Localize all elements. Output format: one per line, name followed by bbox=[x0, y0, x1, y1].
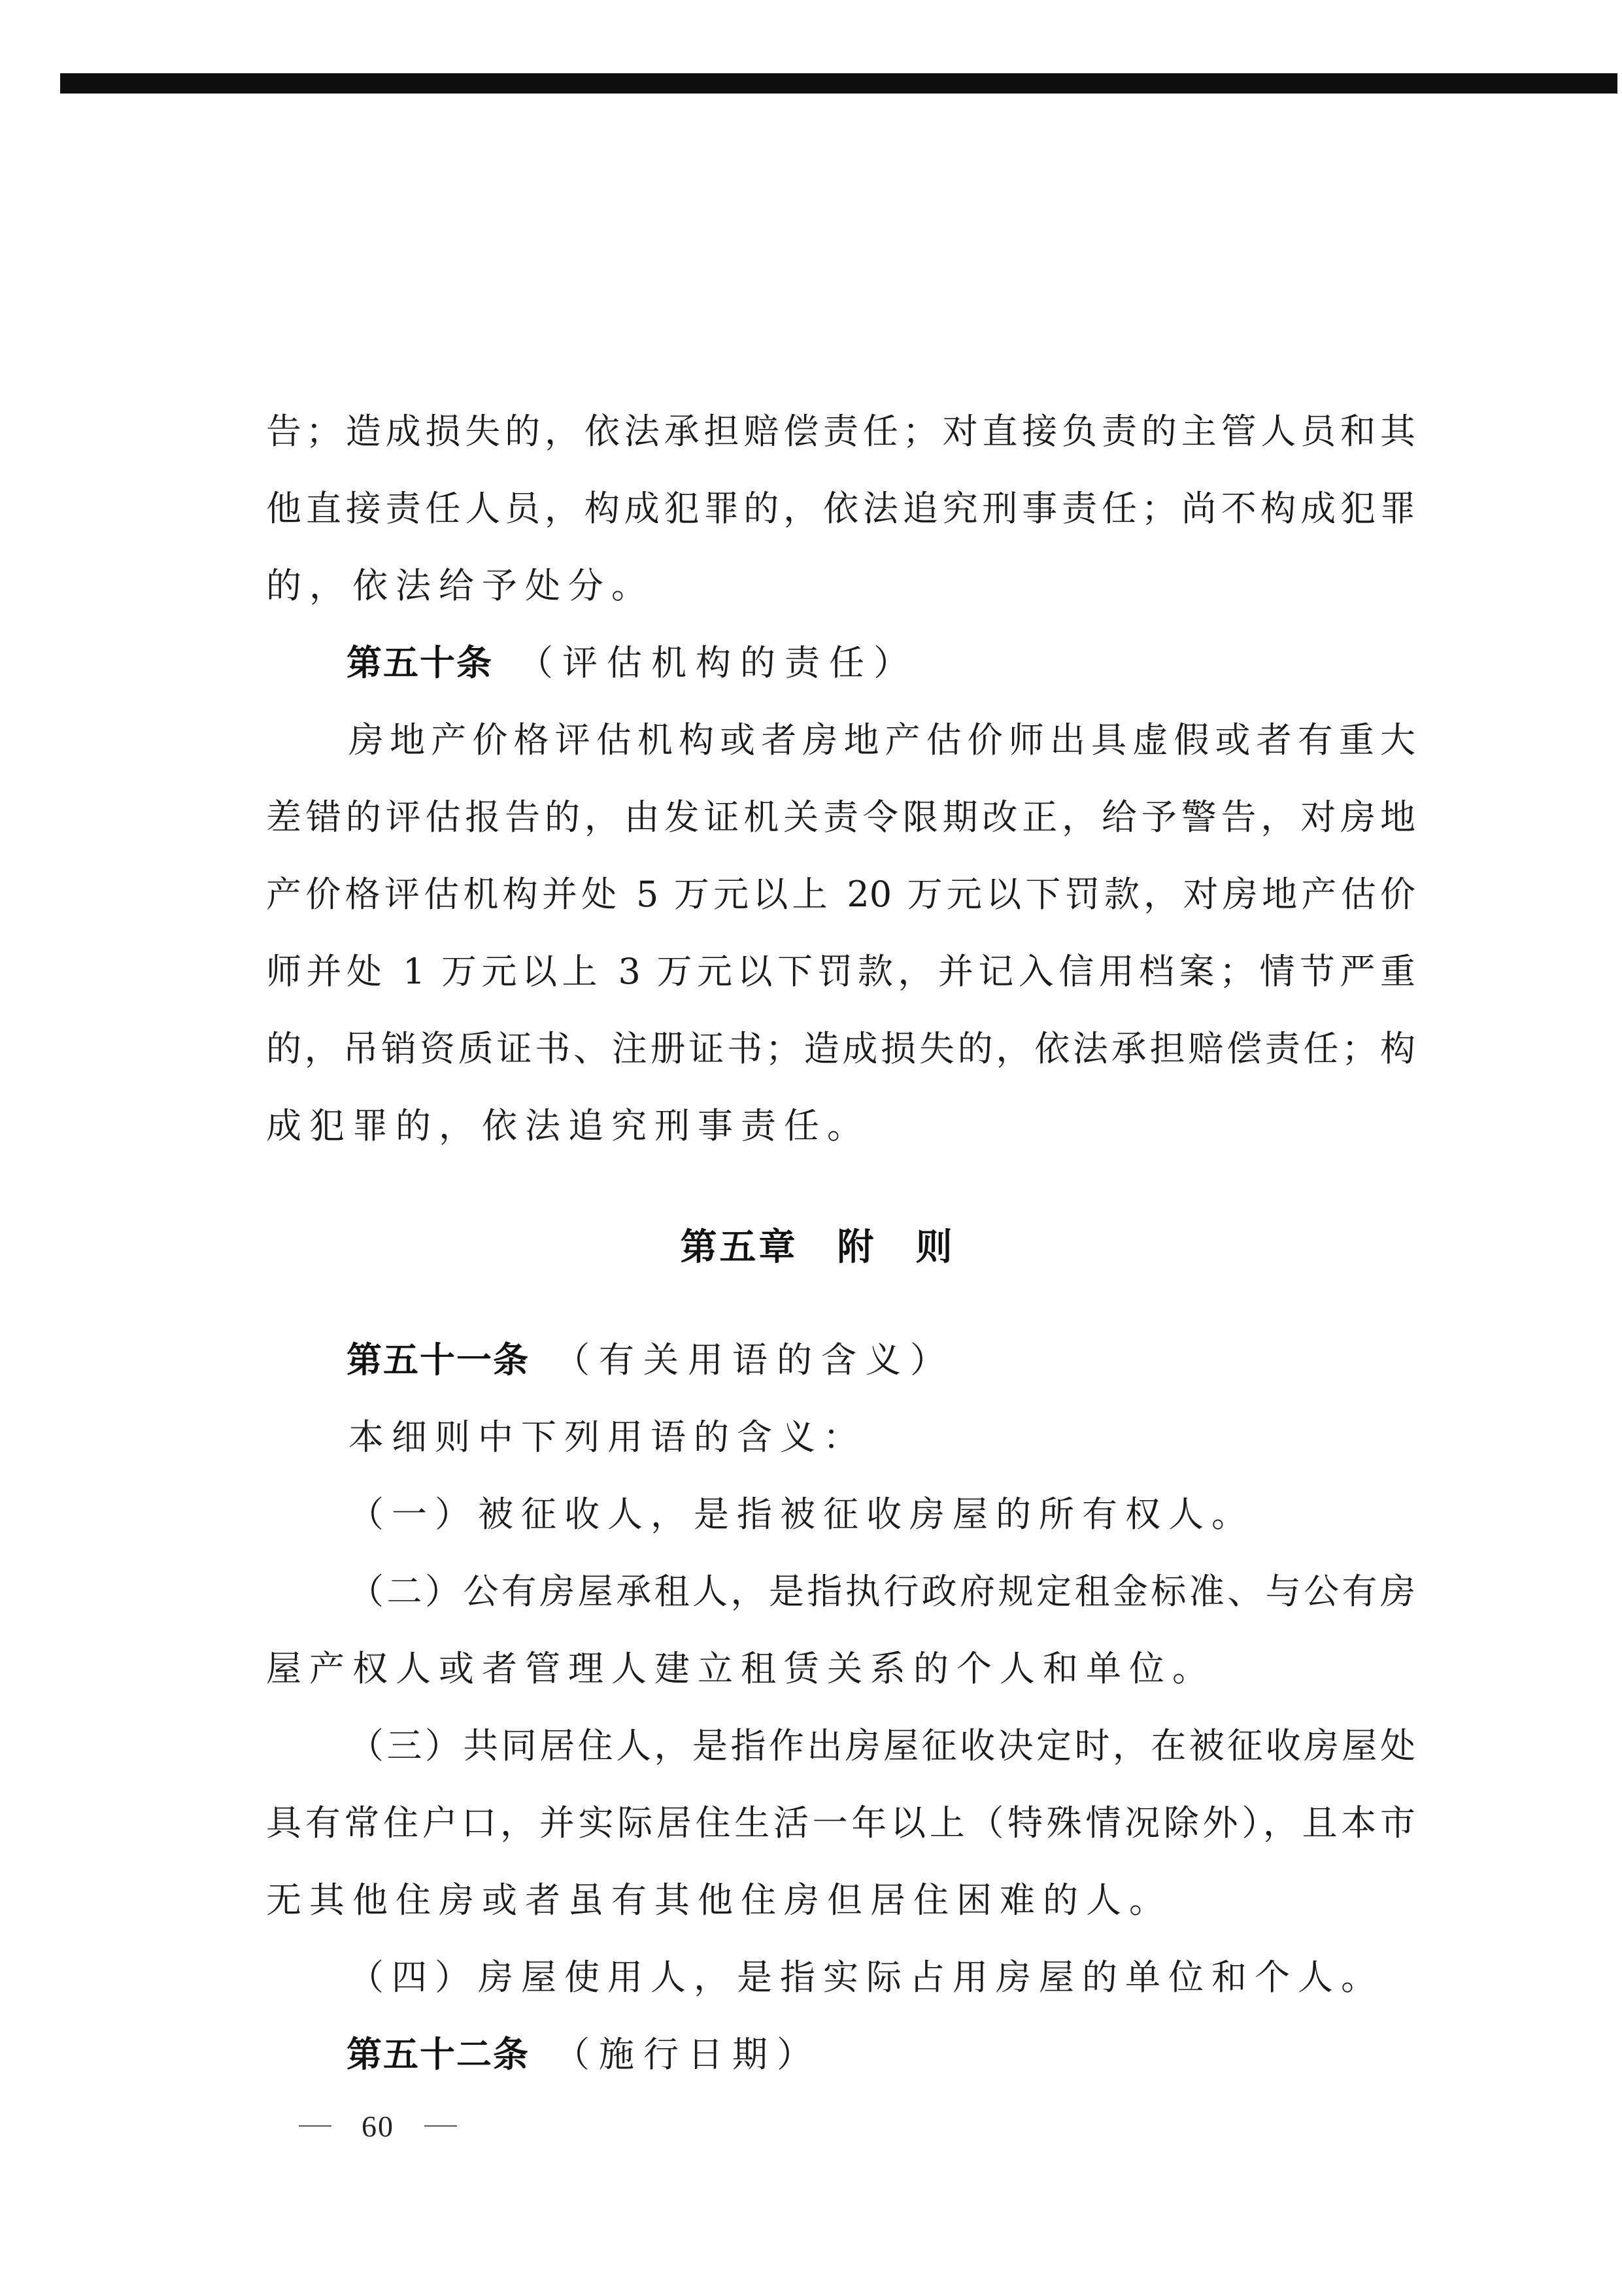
chapter-heading: 第五章 附 则 bbox=[0, 1227, 1622, 1269]
article-heading-52: 第五十二条（施行日期） bbox=[346, 2034, 821, 2076]
article-title: （评估机构的责任） bbox=[518, 642, 918, 683]
body-line: 差错的评估报告的，由发证机关责令限期改正，给予警告，对房地 bbox=[266, 797, 1415, 838]
article-title: （施行日期） bbox=[554, 2034, 821, 2075]
body-line: 的，依法给予处分。 bbox=[266, 565, 654, 607]
body-line: 本细则中下列用语的含义： bbox=[348, 1416, 866, 1458]
article-heading-50: 第五十条（评估机构的责任） bbox=[346, 642, 918, 684]
article-number: 第五十二条 bbox=[346, 2034, 530, 2075]
dash-left bbox=[299, 2125, 331, 2127]
body-line: 他直接责任人员，构成犯罪的，依法追究刑事责任；尚不构成犯罪 bbox=[266, 488, 1415, 530]
dash-right bbox=[424, 2125, 457, 2127]
article-number: 第五十条 bbox=[346, 642, 493, 683]
body-line: 产价格评估机构并处 5 万元以上 20 万元以下罚款，对房地产估价 bbox=[266, 874, 1415, 916]
body-line: 房地产价格评估机构或者房地产估价师出具虚假或者有重大 bbox=[348, 719, 1415, 761]
definition-item-2-cont: 屋产权人或者管理人建立租赁关系的个人和单位。 bbox=[266, 1648, 1215, 1690]
article-title: （有关用语的含义） bbox=[554, 1339, 955, 1380]
definition-item-3-cont: 无其他住房或者虽有其他住房但居住困难的人。 bbox=[266, 1879, 1172, 1921]
definition-item-3: （三）共同居住人，是指作出房屋征收决定时，在被征收房屋处 bbox=[348, 1725, 1415, 1767]
body-line: 告；造成损失的，依法承担赔偿责任；对直接负责的主管人员和其 bbox=[266, 411, 1415, 453]
page-number-value: 60 bbox=[362, 2109, 394, 2144]
page-number: 60 bbox=[299, 2110, 457, 2142]
definition-item-1: （一）被征收人，是指被征收房屋的所有权人。 bbox=[348, 1494, 1255, 1535]
body-line: 成犯罪的，依法追究刑事责任。 bbox=[266, 1105, 870, 1147]
article-heading-51: 第五十一条（有关用语的含义） bbox=[346, 1339, 955, 1381]
header-rule bbox=[60, 73, 1617, 94]
definition-item-3-cont: 具有常住户口，并实际居住生活一年以上（特殊情况除外），且本市 bbox=[266, 1802, 1415, 1844]
definition-item-4: （四）房屋使用人，是指实际占用房屋的单位和个人。 bbox=[348, 1957, 1384, 1998]
body-line: 师并处 1 万元以上 3 万元以下罚款，并记入信用档案；情节严重 bbox=[266, 951, 1415, 993]
body-line: 的，吊销资质证书、注册证书；造成损失的，依法承担赔偿责任；构 bbox=[266, 1028, 1415, 1070]
article-number: 第五十一条 bbox=[346, 1339, 530, 1380]
definition-item-2: （二）公有房屋承租人，是指执行政府规定租金标准、与公有房 bbox=[348, 1571, 1415, 1613]
